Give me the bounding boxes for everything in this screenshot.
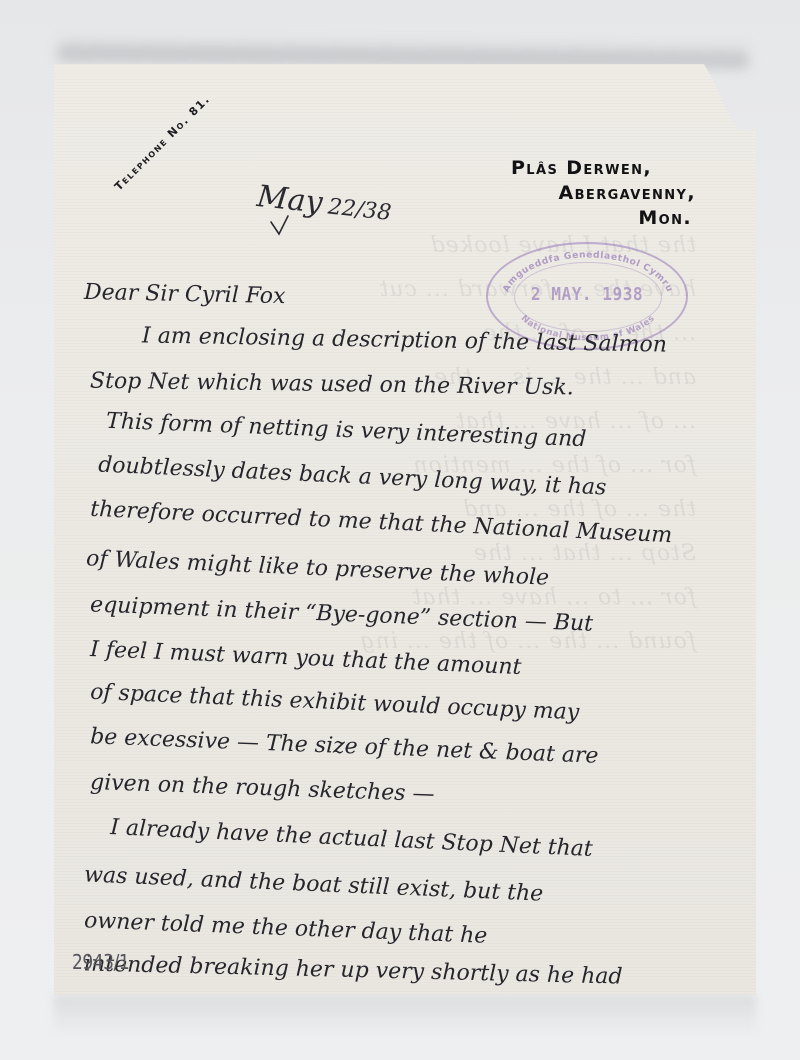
- letterhead-county: Mon.: [511, 206, 692, 231]
- letterhead-town: Abergavenny,: [511, 181, 696, 206]
- catalogue-number: 2943/1: [72, 950, 129, 974]
- paper-shadow-bottom: [54, 995, 756, 1035]
- letterhead-address: Plâs Derwen, Abergavenny, Mon.: [511, 156, 698, 231]
- stamp-date: 2 MAY. 1938: [498, 284, 676, 305]
- letterhead-house-name: Plâs Derwen,: [511, 156, 652, 181]
- check-mark-icon: [269, 214, 291, 236]
- salutation: Dear Sir Cyril Fox: [84, 280, 286, 309]
- date-day-year: 22/38: [327, 194, 393, 225]
